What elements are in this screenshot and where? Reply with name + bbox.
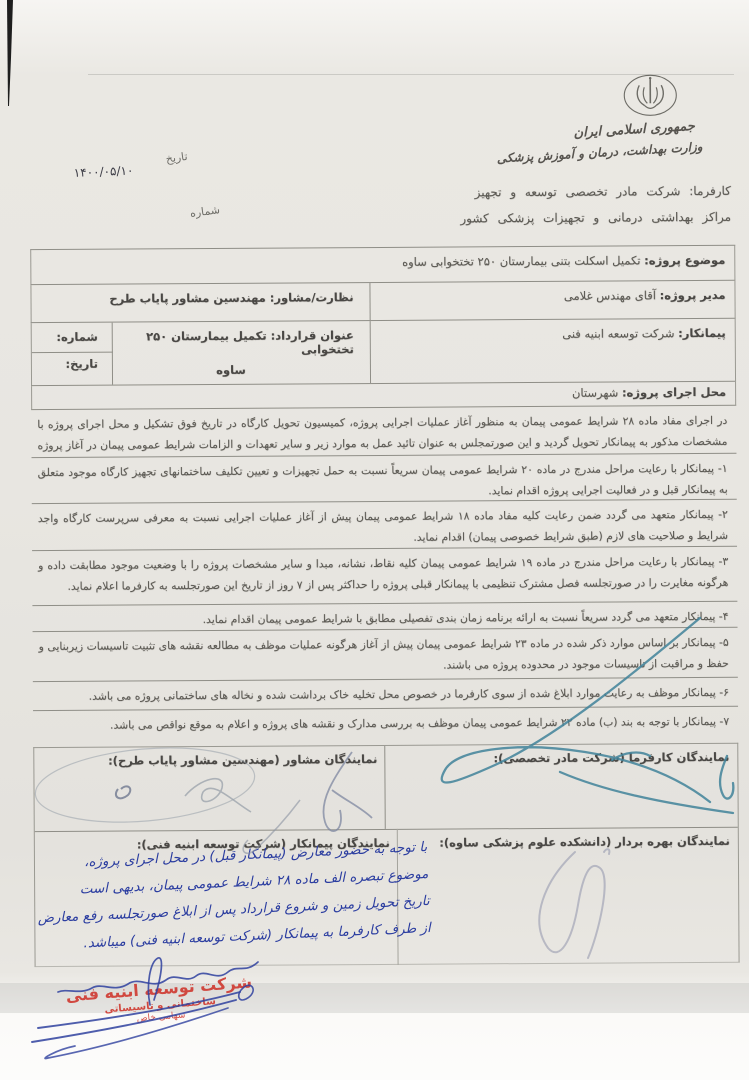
employer-line-2: مراکز بهداشتی درمانی و تجهیزات پزشکی کشو… (460, 210, 731, 226)
scanned-document-page: تاریخ ۱۴۰۰/۰۵/۱۰ شماره جمهوری اسلامی ایر… (0, 0, 749, 1080)
subject-label: موضوع پروژه: (644, 253, 725, 267)
intro-paragraph: در اجرای مفاد ماده ۲۸ شرایط عمومی پیمان … (31, 406, 736, 458)
ministry-title: وزارت بهداشت، درمان و آموزش پزشکی (496, 140, 702, 166)
contractor-value: شرکت توسعه ابنیه فنی (562, 326, 674, 341)
item-7: ۷- پیمانکار با توجه به بند (ب) ماده ۲۲ ش… (33, 707, 738, 747)
operator-representatives-label: نمایندگان بهره بردار (دانشکده علوم پزشکی… (439, 834, 730, 850)
iran-emblem-icon (621, 72, 679, 118)
contract-date-label: تاریخ: (31, 357, 98, 371)
subject-row: موضوع پروژه: تکمیل اسکلت بتنی بیمارستان … (30, 245, 735, 285)
date-label: تاریخ (165, 150, 188, 166)
company-stamp: شرکت توسعه ابنیه فنی ساختمانی و تاسیساتی… (44, 971, 277, 1031)
contract-title-label: عنوان قرارداد: (271, 328, 354, 343)
employer-line-1: کارفرما: شرکت مادر تخصصی توسعه و تجهیز (475, 184, 731, 200)
contract-number-label: شماره: (31, 330, 98, 344)
consultant-representatives-label: نمایندگان مشاور (مهندسین مشاور پایاب طرح… (108, 752, 377, 768)
cell-divider (384, 746, 386, 829)
republic-title: جمهوری اسلامی ایران (573, 119, 695, 141)
item-6: ۶- پیمانکار موظف به رعایت موارد ابلاغ شد… (33, 678, 738, 711)
cell-divider (35, 827, 738, 832)
manager-label: مدیر پروژه: (660, 288, 726, 302)
location-label: محل اجرای پروژه: (622, 385, 726, 400)
supervision-label: نظارت/مشاور: (270, 290, 354, 305)
manager-value: آقای مهندس غلامی (564, 288, 656, 303)
handwritten-note: با توجه به حضور معارض (پیمانکار قبل) در … (25, 834, 431, 960)
item-3: ۳- پیمانکار با رعایت مراحل مندرج در ماده… (32, 547, 737, 606)
item-2: ۲- پیمانکار متعهد می گردد ضمن رعایت کلیه… (32, 500, 737, 551)
subject-value: تکمیل اسکلت بتنی بیمارستان ۲۵۰ تختخوابی … (402, 253, 641, 268)
supervision-value: مهندسین مشاور پایاب طرح (109, 291, 266, 306)
item-1: ۱- پیمانکار با رعایت مراحل مندرج در ماده… (31, 454, 736, 504)
contractor-label: پیمانکار: (678, 326, 726, 340)
number-label: شماره (189, 203, 220, 220)
handwritten-date: ۱۴۰۰/۰۵/۱۰ (73, 163, 133, 179)
manager-supervision-row: مدیر پروژه: آقای مهندس غلامی نظارت/مشاور… (30, 281, 735, 323)
location-value: شهرستان (572, 386, 618, 400)
contractor-title-row: پیمانکار: شرکت توسعه ابنیه فنی عنوان قرا… (31, 319, 736, 386)
item-5: ۵- پیمانکار بر اساس موارد ذکر شده در ماد… (33, 628, 738, 682)
contract-title-value-2: ساوه (108, 362, 354, 378)
employer-representatives-label: نمایندگان کارفرما (شرکت مادر تخصصی): (493, 750, 729, 765)
